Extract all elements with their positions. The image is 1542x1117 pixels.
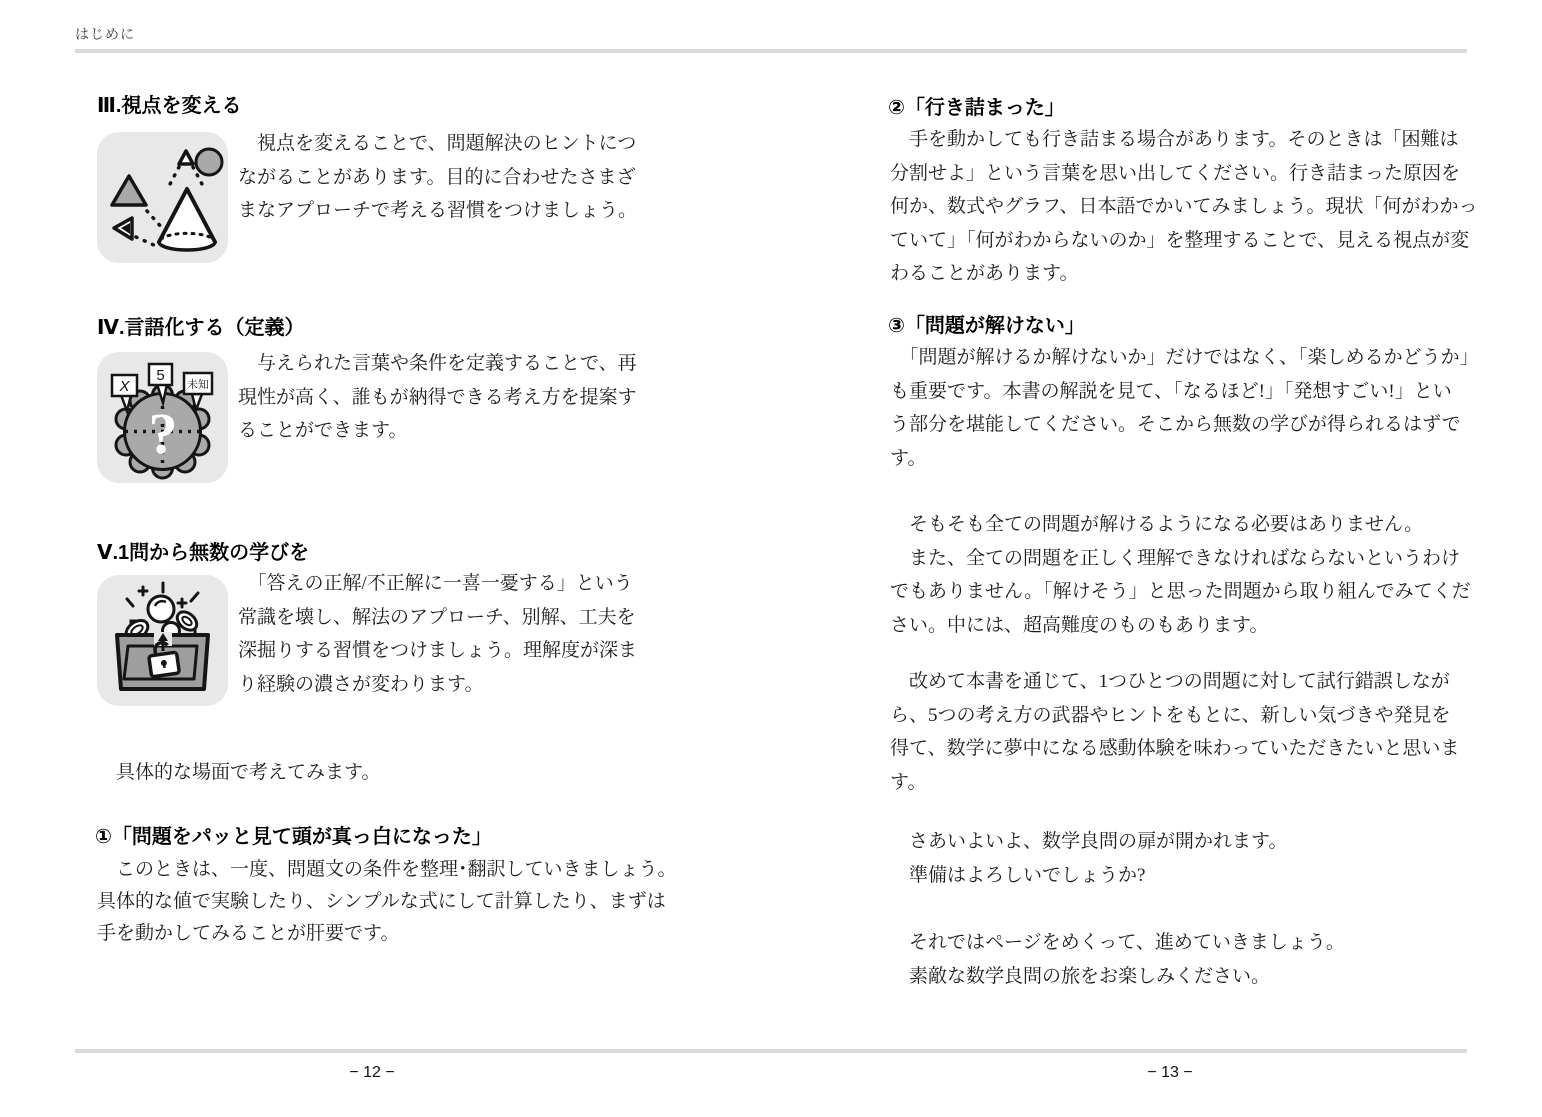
running-header: はじめに: [75, 24, 135, 44]
text-line: す。: [890, 442, 1470, 476]
closing-paragraph-1: さあいよいよ、数学良問の扉が開かれます。 準備はよろしいでしょうか?: [890, 825, 1470, 892]
question-mark-glyph: ?: [149, 401, 178, 466]
brain-question-icon-svg: ? X 5 未知: [97, 352, 228, 483]
text-line: 何か、数式やグラフ、日本語でかいてみましょう。現状「何がわかっ: [890, 190, 1470, 224]
header-rule: [75, 49, 1467, 53]
treasure-box-icon: [97, 575, 228, 706]
perspective-icon: [97, 132, 228, 263]
text-line: わることがあります。: [890, 257, 1470, 291]
case-1-heading: ①「問題をパッと見て頭が真っ白になった」: [95, 823, 492, 851]
text-line: 手を動かしても行き詰まる場合があります。そのときは「困難は: [890, 123, 1470, 157]
section-4-paragraph: 与えられた言葉や条件を定義することで、再現性が高く、誰もが納得できる考え方を提案…: [238, 347, 678, 448]
gray-triangle-shape: [112, 176, 146, 205]
text-line: 視点を変えることで、問題解決のヒントにつ: [238, 127, 678, 161]
text-line: ながることがあります。目的に合わせたさまざ: [238, 161, 678, 195]
text-line: そもそも全ての問題が解けるようになる必要はありません。: [890, 508, 1470, 542]
text-line: 「答えの正解/不正解に一喜一憂する」という: [238, 567, 678, 601]
text-line: さあいよいよ、数学良問の扉が開かれます。: [890, 825, 1470, 859]
case-2-heading: ②「行き詰まった」: [888, 94, 1065, 122]
small-apex-triangle-shape: [179, 151, 193, 164]
text-line: 得て、数学に夢中になる感動体験を味わっていただきたいと思いま: [890, 732, 1470, 766]
section-4-heading: Ⅳ.言語化する（定義）: [97, 314, 305, 342]
intro-line: 具体的な場面で考えてみます。: [97, 756, 677, 790]
text-line: う部分を堪能してください。そこから無数の学びが得られるはずで: [890, 408, 1470, 442]
case-1-paragraph: このときは、一度、問題文の条件を整理･翻訳していきましょう。具体的な値で実験した…: [97, 854, 682, 950]
running-header-label: はじめに: [75, 26, 135, 42]
book-spread: はじめに Ⅲ.視点を変える 視点: [0, 0, 1542, 1117]
section-5-paragraph: 「答えの正解/不正解に一喜一憂する」という常識を壊し、解法のアプローチ、別解、工…: [238, 567, 678, 701]
section-3-heading: Ⅲ.視点を変える: [97, 92, 241, 120]
brain-question-icon: ? X 5 未知: [97, 352, 228, 483]
perspective-icon-svg: [97, 132, 228, 263]
text-line: 「問題が解けるか解けないか」だけではなく、「楽しめるかどうか」: [890, 341, 1470, 375]
text-line: また、全ての問題を正しく理解できなければならないというわけ: [890, 542, 1470, 576]
case-3-paragraph: 「問題が解けるか解けないか」だけではなく、「楽しめるかどうか」も重要です。本書の…: [890, 341, 1470, 475]
text-line: り経験の濃さが変わります。: [238, 668, 678, 702]
tag-x-label: X: [118, 378, 130, 395]
text-line: 常識を壊し、解法のアプローチ、別解、工夫を: [238, 601, 678, 635]
text-line: 深掘りする習慣をつけましょう。理解度が深ま: [238, 634, 678, 668]
case-2-paragraph: 手を動かしても行き詰まる場合があります。そのときは「困難は分割せよ」という言葉を…: [890, 123, 1470, 291]
text-line: 準備はよろしいでしょうか?: [890, 859, 1470, 893]
section-5-heading: Ⅴ.1問から無数の学びを: [97, 539, 309, 567]
text-line: 手を動かしてみることが肝要です。: [97, 918, 682, 950]
text-line: でもありません。「解けそう」と思った問題から取り組んでみてくだ: [890, 575, 1470, 609]
case-3-heading: ③「問題が解けない」: [888, 312, 1085, 340]
treasure-box-icon-svg: [97, 575, 228, 706]
gray-circle-shape: [196, 149, 222, 175]
text-line: 具体的な場面で考えてみます。: [97, 756, 677, 790]
text-line: まなアプローチで考える習慣をつけましょう。: [238, 194, 678, 228]
text-line: このときは、一度、問題文の条件を整理･翻訳していきましょう。: [97, 854, 682, 886]
text-line: 改めて本書を通じて、1つひとつの問題に対して試行錯誤しなが: [890, 665, 1470, 699]
text-line: ていて」「何がわからないのか」を整理することで、見える視点が変: [890, 224, 1470, 258]
text-line: 現性が高く、誰もが納得できる考え方を提案す: [238, 381, 678, 415]
mid-paragraph: そもそも全ての問題が解けるようになる必要はありません。 また、全ての問題を正しく…: [890, 508, 1470, 642]
text-line: 分割せよ」という言葉を思い出してください。行き詰まった原因を: [890, 157, 1470, 191]
closing-paragraph-2: それではページをめくって、進めていきましょう。 素敵な数学良問の旅をお楽しみくだ…: [890, 926, 1470, 993]
text-line: 素敵な数学良問の旅をお楽しみください。: [890, 960, 1470, 994]
footer-rule: [75, 1049, 1467, 1053]
message-paragraph: 改めて本書を通じて、1つひとつの問題に対して試行錯誤しながら、5つの考え方の武器…: [890, 665, 1470, 799]
right-page-number: − 13 −: [1110, 1064, 1230, 1082]
text-line: さい。中には、超高難度のものもあります。: [890, 609, 1470, 643]
tag-michi-label: 未知: [187, 377, 209, 391]
text-line: 与えられた言葉や条件を定義することで、再: [238, 347, 678, 381]
text-line: ら、5つの考え方の武器やヒントをもとに、新しい気づきや発見を: [890, 699, 1470, 733]
text-line: も重要です。本書の解説を見て、「なるほど!」「発想すごい!」とい: [890, 375, 1470, 409]
tag-5-label: 5: [156, 367, 164, 384]
section-3-paragraph: 視点を変えることで、問題解決のヒントにつながることがあります。目的に合わせたさま…: [238, 127, 678, 228]
text-line: それではページをめくって、進めていきましょう。: [890, 926, 1470, 960]
left-page-number: − 12 −: [312, 1064, 432, 1082]
text-line: す。: [890, 766, 1470, 800]
text-line: ることができます。: [238, 414, 678, 448]
text-line: 具体的な値で実験したり、シンプルな式にして計算したり、まずは: [97, 886, 682, 918]
